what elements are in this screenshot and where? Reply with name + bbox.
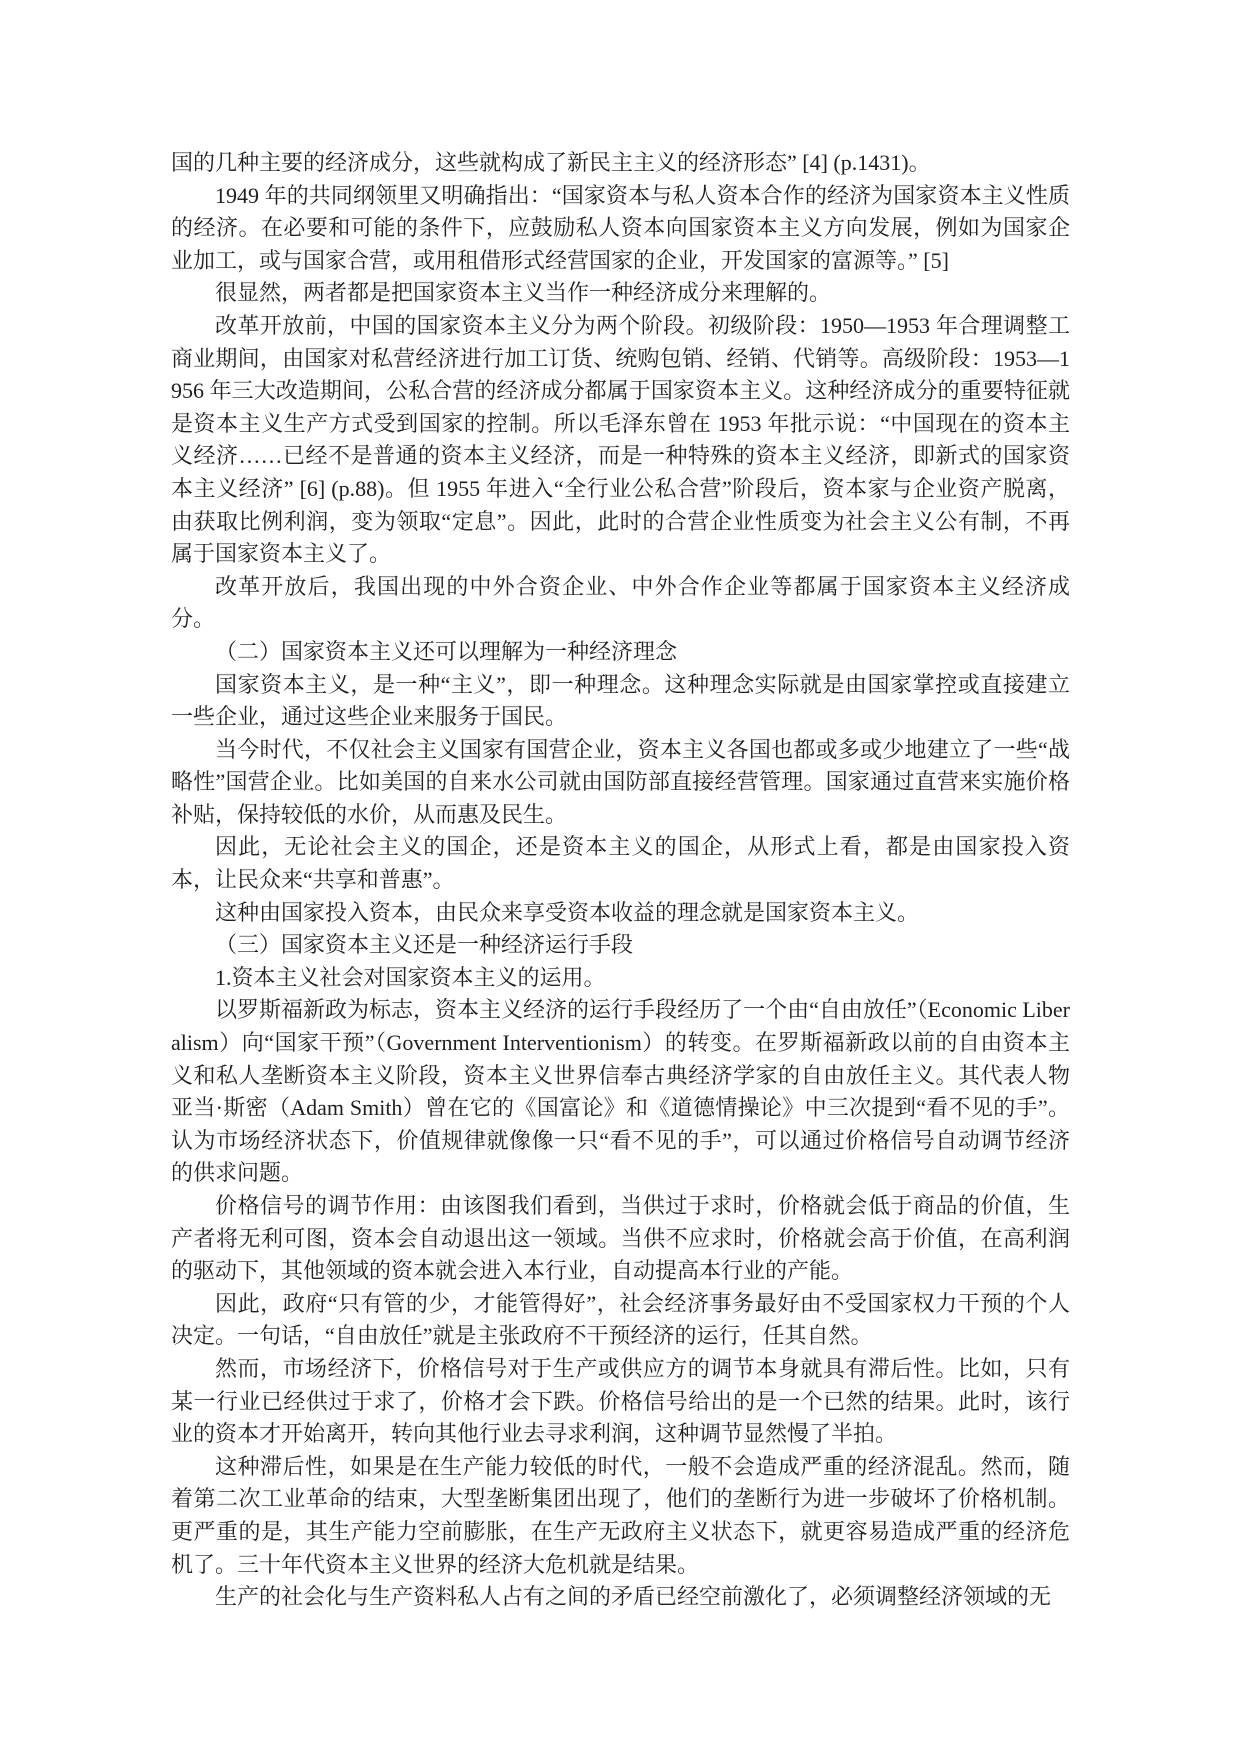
paragraph: 很显然，两者都是把国家资本主义当作一种经济成分来理解的。 (171, 277, 1070, 310)
paragraph: 改革开放后，我国出现的中外合资企业、中外合作企业等都属于国家资本主义经济成分。 (171, 571, 1070, 636)
list-item-heading: 1.资本主义社会对国家资本主义的运用。 (171, 962, 1070, 995)
paragraph: 国家资本主义，是一种“主义”，即一种理念。这种理念实际就是由国家掌控或直接建立一… (171, 669, 1070, 734)
paragraph-continuation: 国的几种主要的经济成分，这些就构成了新民主主义的经济形态” [4] (p.143… (171, 147, 1070, 180)
paragraph: 这种由国家投入资本，由民众来享受资本收益的理念就是国家资本主义。 (171, 897, 1070, 930)
paragraph: 以罗斯福新政为标志，资本主义经济的运行手段经历了一个由“自由放任”（Econom… (171, 994, 1070, 1190)
document-page: 国的几种主要的经济成分，这些就构成了新民主主义的经济形态” [4] (p.143… (0, 0, 1241, 1754)
paragraph: 1949 年的共同纲领里又明确指出：“国家资本与私人资本合作的经济为国家资本主义… (171, 180, 1070, 278)
paragraph: 生产的社会化与生产资料私人占有之间的矛盾已经空前激化了，必须调整经济领域的无 (171, 1581, 1070, 1614)
paragraph: 因此，政府“只有管的少，才能管得好”，社会经济事务最好由不受国家权力干预的个人决… (171, 1288, 1070, 1353)
paragraph: 因此，无论社会主义的国企，还是资本主义的国企，从形式上看，都是由国家投入资本，让… (171, 831, 1070, 896)
paragraph: 这种滞后性，如果是在生产能力较低的时代，一般不会造成严重的经济混乱。然而，随着第… (171, 1451, 1070, 1581)
section-heading-3: （三）国家资本主义还是一种经济运行手段 (171, 929, 1070, 962)
paragraph: 价格信号的调节作用：由该图我们看到，当供过于求时，价格就会低于商品的价值，生产者… (171, 1190, 1070, 1288)
paragraph: 然而，市场经济下，价格信号对于生产或供应方的调节本身就具有滞后性。比如，只有某一… (171, 1353, 1070, 1451)
section-heading-2: （二）国家资本主义还可以理解为一种经济理念 (171, 636, 1070, 669)
paragraph: 当今时代，不仅社会主义国家有国营企业，资本主义各国也都或多或少地建立了一些“战略… (171, 734, 1070, 832)
paragraph: 改革开放前，中国的国家资本主义分为两个阶段。初级阶段：1950—1953 年合理… (171, 310, 1070, 571)
document-text-block: 国的几种主要的经济成分，这些就构成了新民主主义的经济形态” [4] (p.143… (171, 147, 1070, 1614)
